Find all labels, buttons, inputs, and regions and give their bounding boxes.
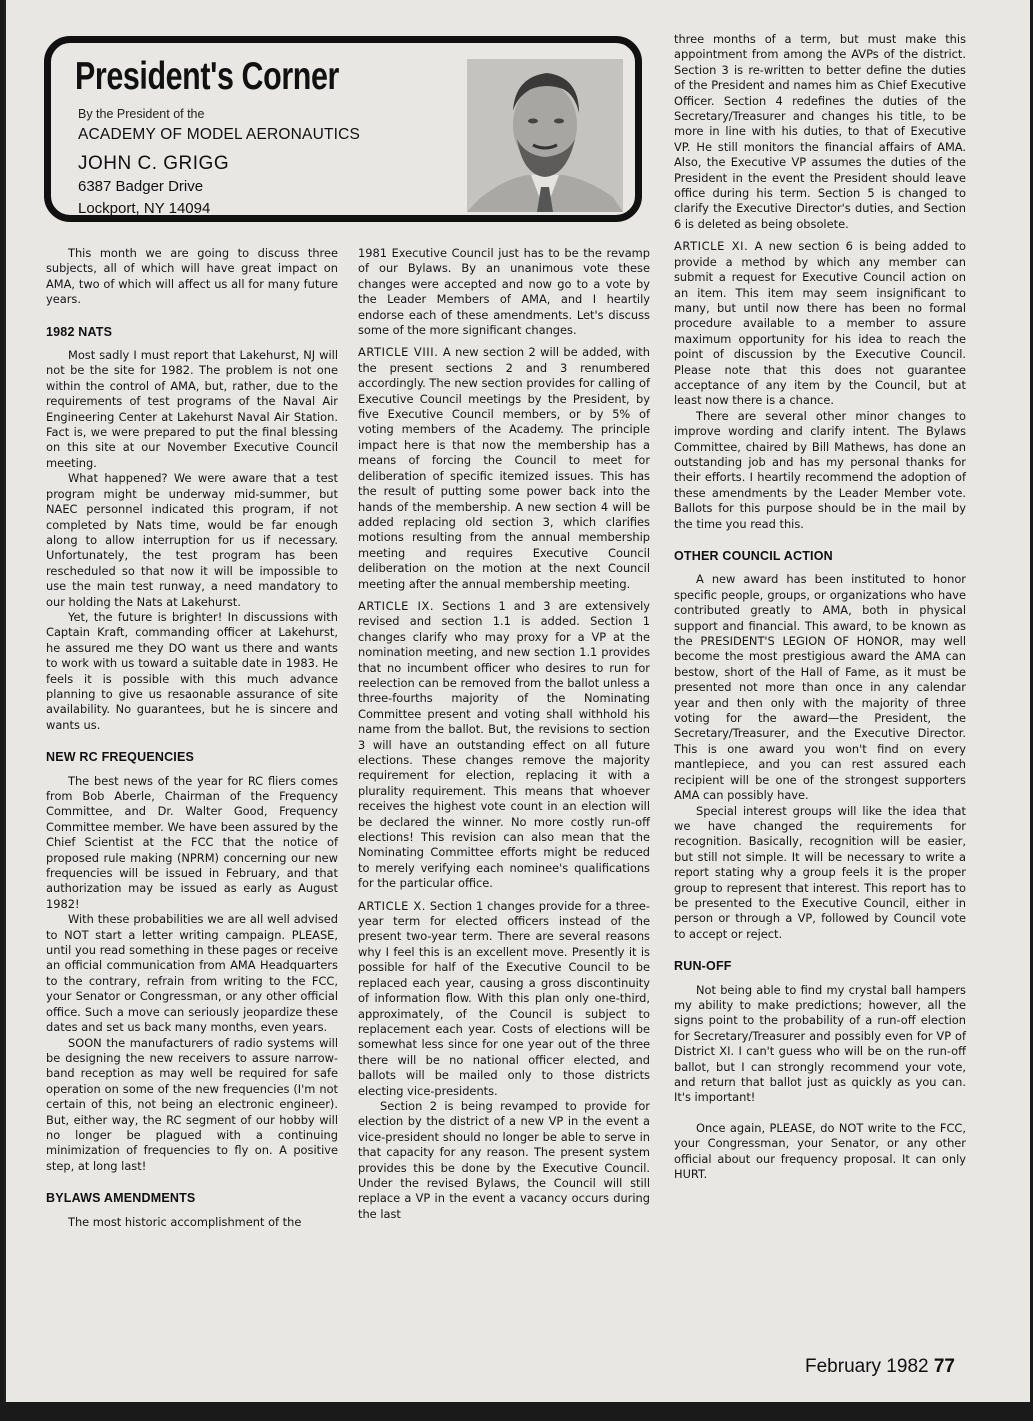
organization-name: ACADEMY OF MODEL AERONAUTICS [78,126,360,144]
body-paragraph: What happened? We were aware that a test… [46,471,338,610]
page-number: 77 [934,1356,955,1377]
byline: By the President of the [78,107,204,121]
body-paragraph: 1981 Executive Council just has to be th… [358,246,650,338]
body-paragraph: Not being able to find my crystal ball h… [674,983,966,1106]
article-text: Section 1 changes provide for a three-ye… [358,899,650,1098]
article-label: ARTICLE X. [358,899,426,913]
body-paragraph: A new award has been instituted to honor… [674,572,966,803]
section-heading-nats: 1982 NATS [46,325,338,340]
body-paragraph: With these probabilities we are all well… [46,912,338,1035]
body-paragraph: The most historic accomplishment of the [46,1215,338,1230]
intro-paragraph: This month we are going to discuss three… [46,246,338,308]
body-paragraph: three months of a term, but must make th… [674,32,966,232]
portrait-illustration [467,59,623,212]
column-1: This month we are going to discuss three… [46,246,338,1230]
article-title: President's Corner [75,55,339,99]
article-x-paragraph: ARTICLE X. Section 1 changes provide for… [358,899,650,1099]
column-3: three months of a term, but must make th… [674,32,966,1182]
section-heading-other-council-action: OTHER COUNCIL ACTION [674,549,966,564]
article-viii-paragraph: ARTICLE VIII. A new section 2 will be ad… [358,345,650,592]
issue-date: February 1982 [805,1356,929,1377]
author-address-city: Lockport, NY 14094 [78,200,210,217]
column-2: 1981 Executive Council just has to be th… [358,246,650,1222]
body-paragraph: Most sadly I must report that Lakehurst,… [46,348,338,471]
author-name: JOHN C. GRIGG [78,153,229,175]
body-paragraph: The best news of the year for RC fliers … [46,774,338,913]
article-ix-paragraph: ARTICLE IX. Sections 1 and 3 are extensi… [358,599,650,892]
author-address-street: 6387 Badger Drive [78,178,203,195]
article-xi-paragraph: ARTICLE XI. A new section 6 is being add… [674,239,966,408]
body-paragraph: There are several other minor changes to… [674,409,966,532]
article-label: ARTICLE IX. [358,599,434,613]
article-header-box: President's Corner By the President of t… [44,36,642,222]
article-label: ARTICLE VIII. [358,345,438,359]
magazine-page: President's Corner By the President of t… [4,0,1030,1402]
author-portrait-photo [467,59,623,212]
article-label: ARTICLE XI. [674,239,748,253]
body-paragraph: Yet, the future is brighter! In discussi… [46,610,338,733]
body-paragraph: Special interest groups will like the id… [674,804,966,943]
body-paragraph: Section 2 is being revamped to provide f… [358,1099,650,1222]
article-text: A new section 2 will be added, with the … [358,345,650,590]
article-text: Sections 1 and 3 are extensively revised… [358,599,650,890]
section-heading-rc-frequencies: NEW RC FREQUENCIES [46,750,338,765]
closing-paragraph: Once again, PLEASE, do NOT write to the … [674,1121,966,1183]
page-footer: February 1982 77 [805,1356,955,1378]
section-heading-bylaws: BYLAWS AMENDMENTS [46,1191,338,1206]
section-heading-run-off: RUN-OFF [674,959,966,974]
body-paragraph: SOON the manufacturers of radio systems … [46,1036,338,1175]
article-text: A new section 6 is being added to provid… [674,239,966,407]
